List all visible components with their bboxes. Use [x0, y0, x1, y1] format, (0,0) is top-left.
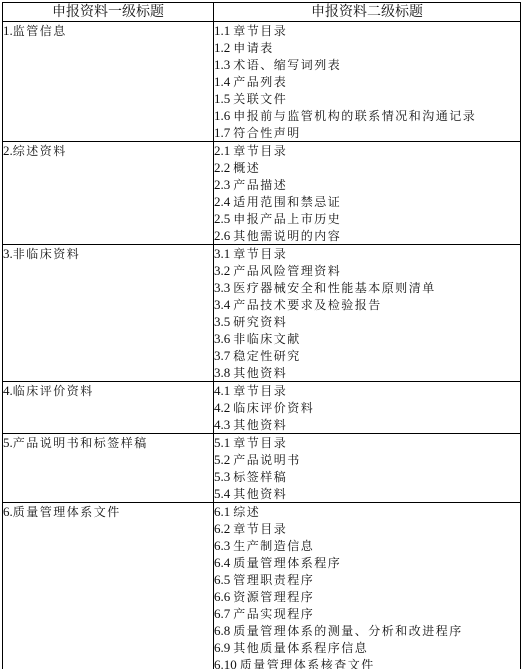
list-item: 3.7稳定性研究	[214, 347, 520, 364]
level2-number: 3.2	[214, 263, 230, 278]
level2-title: 研究资料	[233, 315, 287, 329]
list-item: 2.1章节目录	[214, 142, 520, 159]
level1-title-cell: 5.产品说明书和标签样稿	[3, 434, 214, 503]
level1-number: 5.	[3, 435, 13, 450]
level2-title: 产品实现程序	[233, 607, 314, 621]
level2-number: 6.9	[214, 640, 230, 655]
list-item: 6.3生产制造信息	[214, 537, 520, 554]
list-item: 6.6资源管理程序	[214, 588, 520, 605]
level2-title: 适用范围和禁忌证	[233, 195, 341, 209]
list-item: 6.4质量管理体系程序	[214, 554, 520, 571]
level2-number: 6.6	[214, 589, 230, 604]
list-item: 4.1章节目录	[214, 382, 520, 399]
level2-number: 1.5	[214, 91, 230, 106]
level2-number: 1.7	[214, 125, 230, 140]
list-item: 1.3术语、缩写词列表	[214, 56, 520, 73]
list-item: 2.5申报产品上市历史	[214, 210, 520, 227]
level2-title: 术语、缩写词列表	[233, 58, 341, 72]
level2-title: 质量管理体系的测量、分析和改进程序	[233, 624, 463, 638]
level1-title: 质量管理体系文件	[13, 505, 121, 519]
level2-title: 章节目录	[233, 384, 287, 398]
level2-number: 2.5	[214, 211, 230, 226]
level2-title: 质量管理体系程序	[233, 556, 341, 570]
table-row: 4.临床评价资料4.1章节目录4.2临床评价资料4.3其他资料	[3, 382, 521, 434]
list-item: 1.2申请表	[214, 39, 520, 56]
level1-title-cell: 2.综述资料	[3, 142, 214, 245]
level2-number: 4.2	[214, 400, 230, 415]
level2-number: 3.4	[214, 297, 230, 312]
level2-title: 申报前与监管机构的联系情况和沟通记录	[233, 109, 476, 123]
level2-number: 2.2	[214, 160, 230, 175]
level2-title: 其他质量体系程序信息	[233, 641, 368, 655]
level2-number: 6.4	[214, 555, 230, 570]
level1-title: 临床评价资料	[13, 384, 94, 398]
level1-title: 非临床资料	[13, 247, 81, 261]
header-level2-title: 申报资料二级标题	[214, 3, 521, 22]
level2-number: 3.7	[214, 348, 230, 363]
table-row: 6.质量管理体系文件6.1综述6.2章节目录6.3生产制造信息6.4质量管理体系…	[3, 503, 521, 669]
list-item: 4.3其他资料	[214, 416, 520, 433]
level2-title: 章节目录	[233, 144, 287, 158]
level1-title: 综述资料	[13, 144, 67, 158]
level2-number: 5.3	[214, 469, 230, 484]
level1-number: 6.	[3, 504, 13, 519]
level2-title: 概述	[233, 161, 260, 175]
level2-title: 章节目录	[233, 436, 287, 450]
list-item: 1.4产品列表	[214, 73, 520, 90]
level2-title: 生产制造信息	[233, 539, 314, 553]
level2-title: 章节目录	[233, 247, 287, 261]
level2-title: 资源管理程序	[233, 590, 314, 604]
level1-number: 2.	[3, 143, 13, 158]
level2-number: 3.6	[214, 331, 230, 346]
level2-number: 2.4	[214, 194, 230, 209]
level2-title: 非临床文献	[233, 332, 301, 346]
list-item: 3.6非临床文献	[214, 330, 520, 347]
header-row: 申报资料一级标题 申报资料二级标题	[3, 3, 521, 22]
list-item: 6.5管理职责程序	[214, 571, 520, 588]
list-item: 5.3标签样稿	[214, 468, 520, 485]
list-item: 3.5研究资料	[214, 313, 520, 330]
level2-number: 5.2	[214, 452, 230, 467]
level2-items-cell: 5.1章节目录5.2产品说明书5.3标签样稿5.4其他资料	[214, 434, 521, 503]
level2-items-cell: 2.1章节目录2.2概述2.3产品描述2.4适用范围和禁忌证2.5申报产品上市历…	[214, 142, 521, 245]
level2-title: 其他需说明的内容	[233, 229, 341, 243]
table-row: 2.综述资料2.1章节目录2.2概述2.3产品描述2.4适用范围和禁忌证2.5申…	[3, 142, 521, 245]
level2-number: 1.1	[214, 23, 230, 38]
level1-title-cell: 3.非临床资料	[3, 245, 214, 382]
level2-number: 5.1	[214, 435, 230, 450]
list-item: 6.2章节目录	[214, 520, 520, 537]
level2-items-cell: 3.1章节目录3.2产品风险管理资料3.3医疗器械安全和性能基本原则清单3.4产…	[214, 245, 521, 382]
list-item: 5.2产品说明书	[214, 451, 520, 468]
level2-number: 6.10	[214, 657, 237, 669]
level1-title-cell: 4.临床评价资料	[3, 382, 214, 434]
list-item: 2.6其他需说明的内容	[214, 227, 520, 244]
level2-number: 1.6	[214, 108, 230, 123]
level2-number: 1.2	[214, 40, 230, 55]
level2-title: 申请表	[233, 41, 274, 55]
level2-number: 6.3	[214, 538, 230, 553]
level1-title: 监管信息	[13, 24, 67, 38]
level1-number: 3.	[3, 246, 13, 261]
level2-number: 4.3	[214, 417, 230, 432]
list-item: 1.7符合性声明	[214, 124, 520, 141]
list-item: 6.9其他质量体系程序信息	[214, 639, 520, 656]
level2-number: 2.6	[214, 228, 230, 243]
level1-title: 产品说明书和标签样稿	[13, 436, 148, 450]
list-item: 6.10质量管理体系核查文件	[214, 656, 520, 669]
list-item: 2.4适用范围和禁忌证	[214, 193, 520, 210]
table-row: 3.非临床资料3.1章节目录3.2产品风险管理资料3.3医疗器械安全和性能基本原…	[3, 245, 521, 382]
list-item: 6.1综述	[214, 503, 520, 520]
list-item: 1.1章节目录	[214, 22, 520, 39]
level2-number: 6.5	[214, 572, 230, 587]
level2-title: 稳定性研究	[233, 349, 301, 363]
level2-number: 5.4	[214, 486, 230, 501]
list-item: 2.2概述	[214, 159, 520, 176]
level2-title: 产品描述	[233, 178, 287, 192]
list-item: 3.3医疗器械安全和性能基本原则清单	[214, 279, 520, 296]
level2-title: 章节目录	[233, 24, 287, 38]
level2-number: 3.5	[214, 314, 230, 329]
list-item: 5.4其他资料	[214, 485, 520, 502]
level2-title: 其他资料	[233, 487, 287, 501]
list-item: 2.3产品描述	[214, 176, 520, 193]
level1-title-cell: 1.监管信息	[3, 22, 214, 142]
level2-number: 4.1	[214, 383, 230, 398]
list-item: 3.1章节目录	[214, 245, 520, 262]
list-item: 3.4产品技术要求及检验报告	[214, 296, 520, 313]
level2-number: 3.1	[214, 246, 230, 261]
level2-title: 产品列表	[233, 75, 287, 89]
list-item: 4.2临床评价资料	[214, 399, 520, 416]
submission-materials-table: 申报资料一级标题 申报资料二级标题 1.监管信息1.1章节目录1.2申请表1.3…	[2, 2, 521, 669]
level2-items-cell: 1.1章节目录1.2申请表1.3术语、缩写词列表1.4产品列表1.5关联文件1.…	[214, 22, 521, 142]
table-row: 1.监管信息1.1章节目录1.2申请表1.3术语、缩写词列表1.4产品列表1.5…	[3, 22, 521, 142]
level2-items-cell: 6.1综述6.2章节目录6.3生产制造信息6.4质量管理体系程序6.5管理职责程…	[214, 503, 521, 669]
level2-number: 3.3	[214, 280, 230, 295]
level2-title: 其他资料	[233, 418, 287, 432]
level2-title: 临床评价资料	[233, 401, 314, 415]
list-item: 6.8质量管理体系的测量、分析和改进程序	[214, 622, 520, 639]
level2-title: 申报产品上市历史	[233, 212, 341, 226]
level2-title: 产品技术要求及检验报告	[233, 298, 382, 312]
level2-items-cell: 4.1章节目录4.2临床评价资料4.3其他资料	[214, 382, 521, 434]
level2-number: 6.7	[214, 606, 230, 621]
level1-title-cell: 6.质量管理体系文件	[3, 503, 214, 669]
table-row: 5.产品说明书和标签样稿5.1章节目录5.2产品说明书5.3标签样稿5.4其他资…	[3, 434, 521, 503]
level2-title: 符合性声明	[233, 126, 301, 140]
list-item: 3.8其他资料	[214, 364, 520, 381]
level2-number: 2.3	[214, 177, 230, 192]
list-item: 6.7产品实现程序	[214, 605, 520, 622]
list-item: 3.2产品风险管理资料	[214, 262, 520, 279]
level2-title: 产品说明书	[233, 453, 301, 467]
level2-number: 1.3	[214, 57, 230, 72]
list-item: 1.5关联文件	[214, 90, 520, 107]
level1-number: 4.	[3, 383, 13, 398]
level2-title: 关联文件	[233, 92, 287, 106]
level2-number: 6.8	[214, 623, 230, 638]
level2-title: 章节目录	[233, 522, 287, 536]
level2-title: 其他资料	[233, 366, 287, 380]
list-item: 1.6申报前与监管机构的联系情况和沟通记录	[214, 107, 520, 124]
level2-number: 3.8	[214, 365, 230, 380]
table-body: 1.监管信息1.1章节目录1.2申请表1.3术语、缩写词列表1.4产品列表1.5…	[3, 22, 521, 669]
level2-number: 2.1	[214, 143, 230, 158]
level2-title: 管理职责程序	[233, 573, 314, 587]
list-item: 5.1章节目录	[214, 434, 520, 451]
header-level1-title: 申报资料一级标题	[3, 3, 214, 22]
level2-number: 6.2	[214, 521, 230, 536]
level2-title: 标签样稿	[233, 470, 287, 484]
level2-title: 综述	[233, 505, 260, 519]
level2-title: 质量管理体系核查文件	[240, 658, 375, 669]
level2-number: 1.4	[214, 74, 230, 89]
level2-title: 产品风险管理资料	[233, 264, 341, 278]
level2-number: 6.1	[214, 504, 230, 519]
level2-title: 医疗器械安全和性能基本原则清单	[233, 281, 436, 295]
level1-number: 1.	[3, 23, 13, 38]
